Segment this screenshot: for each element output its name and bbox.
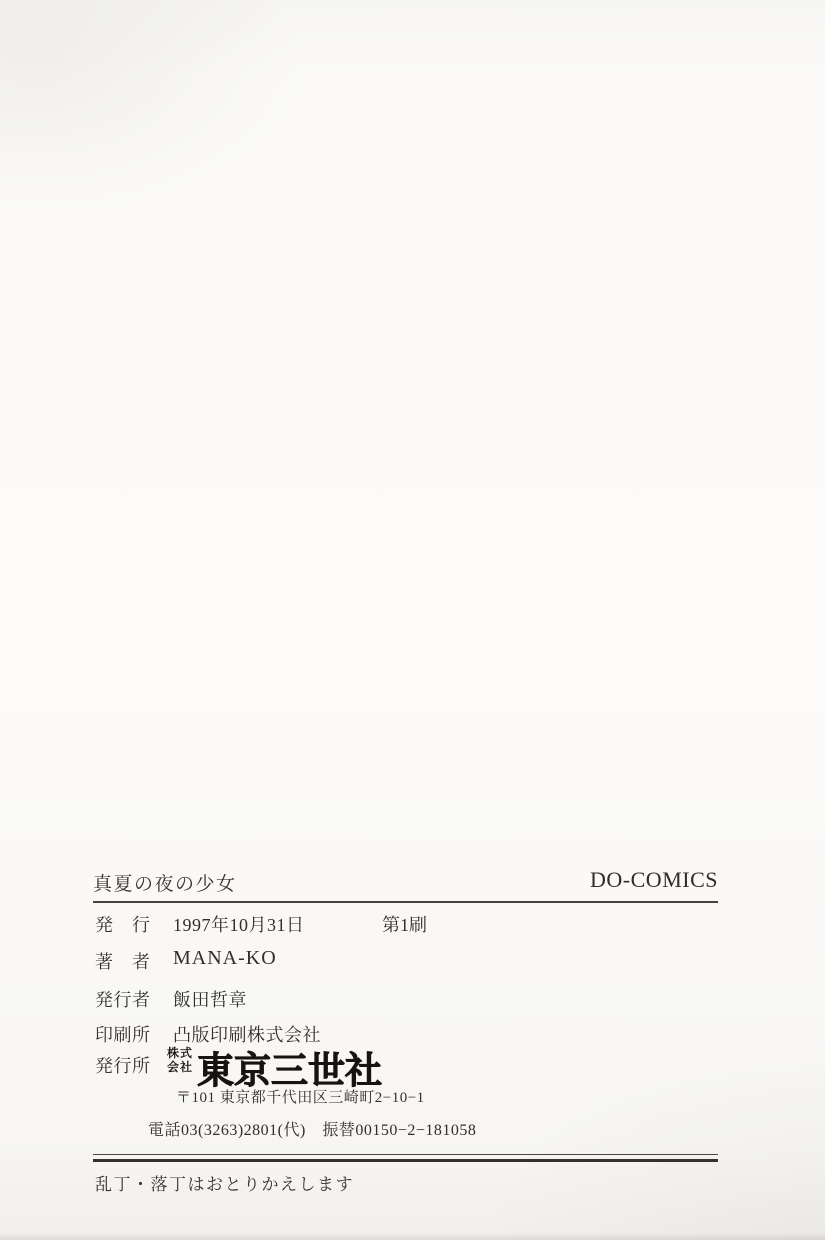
publisher-phone-and-transfer: 電話03(3263)2801(代) 振替00150−2−181058 [148,1117,476,1140]
company-type-line1: 株式 [167,1047,193,1061]
printer-row-label: 印刷所 [95,1021,151,1047]
issue-date-value: 1997年10月31日 [173,911,305,937]
publisher-address: 〒101 東京都千代田区三崎町2−10−1 [176,1086,425,1107]
replacement-notice: 乱丁・落丁はおとりかえします [95,1170,354,1195]
author-row-label: 著 者 [95,948,151,974]
publisher-person-row-label: 発行者 [95,986,151,1012]
imprint-label: DO-COMICS [93,867,718,893]
publisher-person-value: 飯田哲章 [173,986,247,1012]
company-type-mark: 株式 会社 [167,1047,193,1074]
printing-number: 第1刷 [382,911,427,937]
company-type-line2: 会社 [167,1061,193,1075]
issue-row-label: 発 行 [95,911,151,937]
author-name-value: MANA-KO [173,947,277,970]
scanned-colophon-page: 真夏の夜の少女 DO-COMICS 発 行 1997年10月31日 第1刷 著 … [0,0,825,1240]
header-divider-rule [93,901,718,903]
publishing-house-row-label: 発行所 [95,1052,151,1078]
footer-double-rule [93,1154,718,1162]
